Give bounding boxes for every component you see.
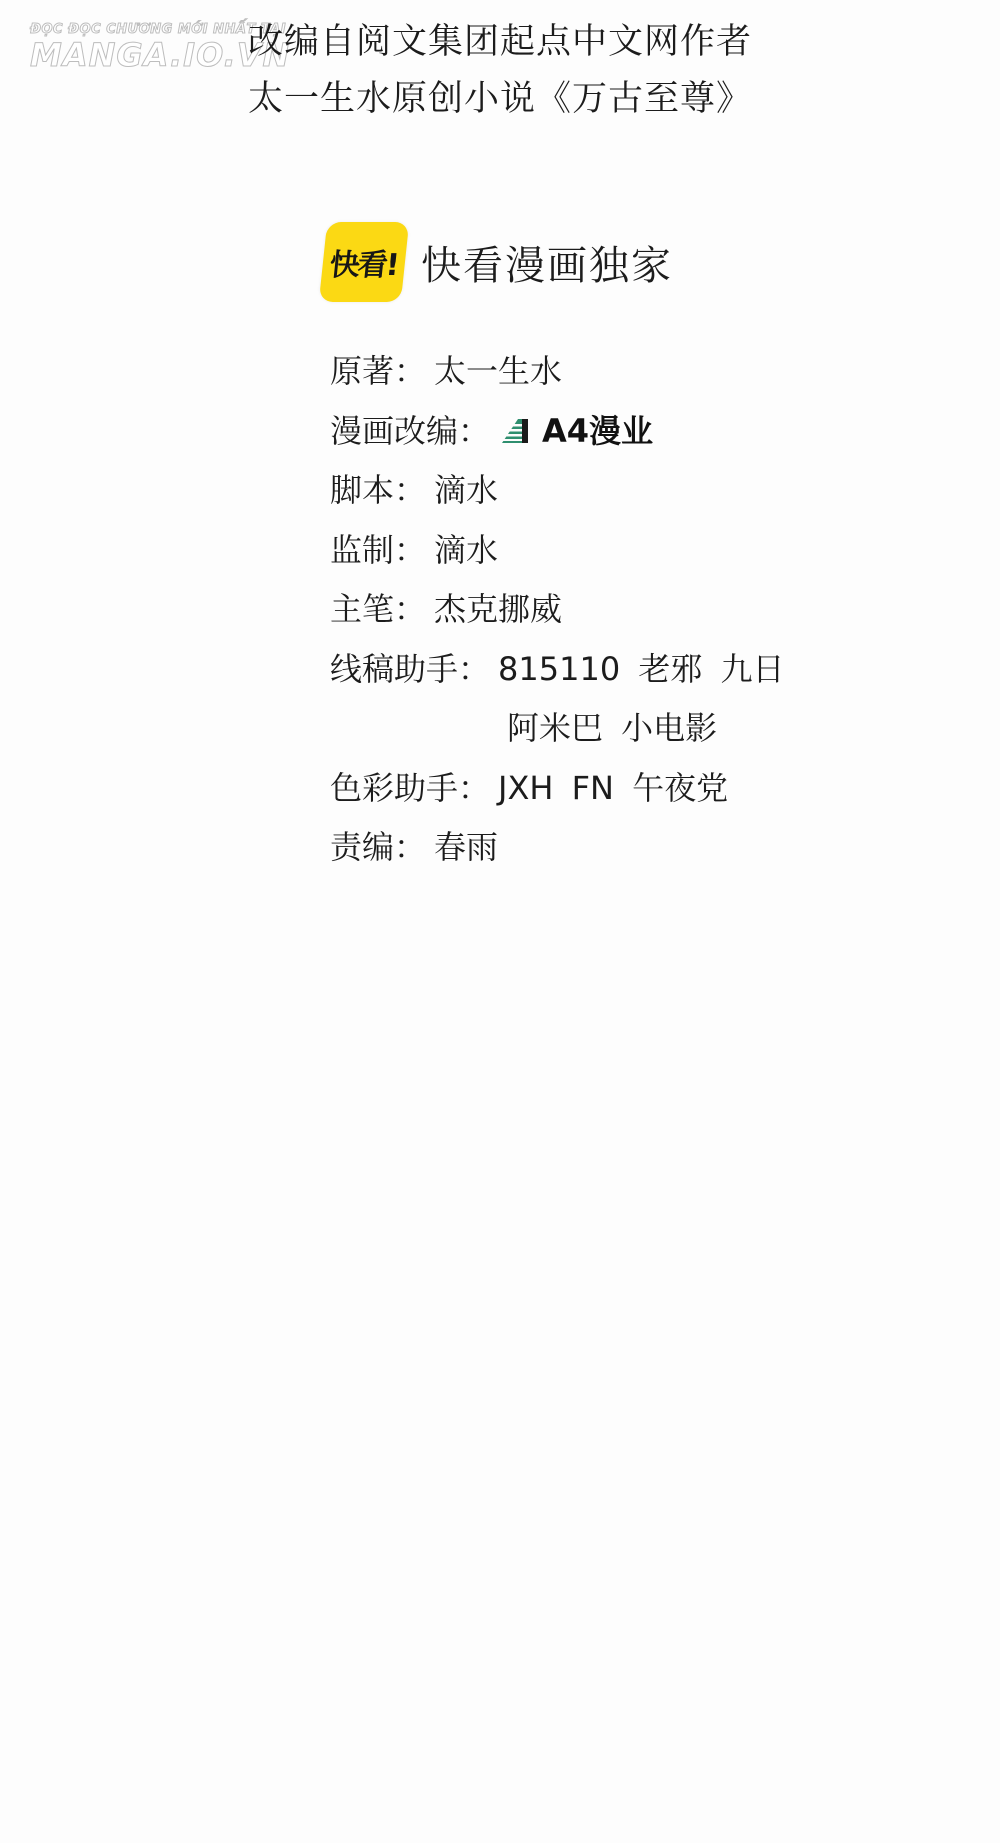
credit-row-lead-artist: 主笔： 杰克挪威 [330,580,785,640]
kuaikan-logo-text: 快看! [328,240,400,284]
credit-label: 监制 [330,521,394,581]
credit-value: 春雨 [434,818,498,878]
credit-value: 滴水 [434,521,498,581]
kuaikan-logo-icon: 快看! [319,222,409,302]
publisher-brand: 快看! 快看漫画独家 [323,222,673,302]
credit-colon: ： [394,461,434,521]
credit-row-supervisor: 监制： 滴水 [330,521,785,581]
credit-label: 原著 [330,342,394,402]
adaptation-notice: 改编自阅文集团起点中文网作者 太一生水原创小说《万古至尊》 [0,14,1000,128]
exclusive-label: 快看漫画独家 [421,234,673,291]
credit-label: 脚本 [330,461,394,521]
a4-studio-logo: A4漫业 [498,402,653,462]
credit-colon: ： [458,759,498,819]
adaptation-notice-line-2: 太一生水原创小说《万古至尊》 [0,71,1000,128]
credits-list: 原著： 太一生水 漫画改编： A4漫业 脚本： 滴水 监制： 滴水 [330,342,785,878]
adaptation-notice-line-1: 改编自阅文集团起点中文网作者 [0,14,1000,71]
credit-row-line-assistants: 线稿助手： 815110 老邪 九日 [330,640,785,700]
credit-colon: ： [394,521,434,581]
credit-row-editor: 责编： 春雨 [330,818,785,878]
credit-row-line-assistants-continued: 阿米巴 小电影 [330,699,785,759]
credit-row-color-assistants: 色彩助手： JXH FN 午夜党 [330,759,785,819]
credit-colon: ： [458,402,498,462]
credit-colon: ： [394,342,434,402]
credit-value: JXH FN 午夜党 [498,759,728,819]
credit-label: 主笔 [330,580,394,640]
credit-colon: ： [394,580,434,640]
a4-logo-icon [498,417,536,445]
blank-page-area [0,880,1000,1843]
credit-label: 漫画改编 [330,402,458,462]
credit-label: 色彩助手 [330,759,458,819]
credit-label: 线稿助手 [330,640,458,700]
credit-label: 责编 [330,818,394,878]
a4-studio-name: A4漫业 [542,402,653,462]
credit-value: 杰克挪威 [434,580,562,640]
credit-colon: ： [394,818,434,878]
credit-row-script: 脚本： 滴水 [330,461,785,521]
credit-value: 滴水 [434,461,498,521]
credit-row-original-author: 原著： 太一生水 [330,342,785,402]
credit-colon: ： [458,640,498,700]
credit-row-adaptation: 漫画改编： A4漫业 [330,402,785,462]
credit-value: 阿米巴 小电影 [507,699,717,759]
credit-value: 815110 老邪 九日 [498,640,785,700]
credit-value: 太一生水 [434,342,562,402]
